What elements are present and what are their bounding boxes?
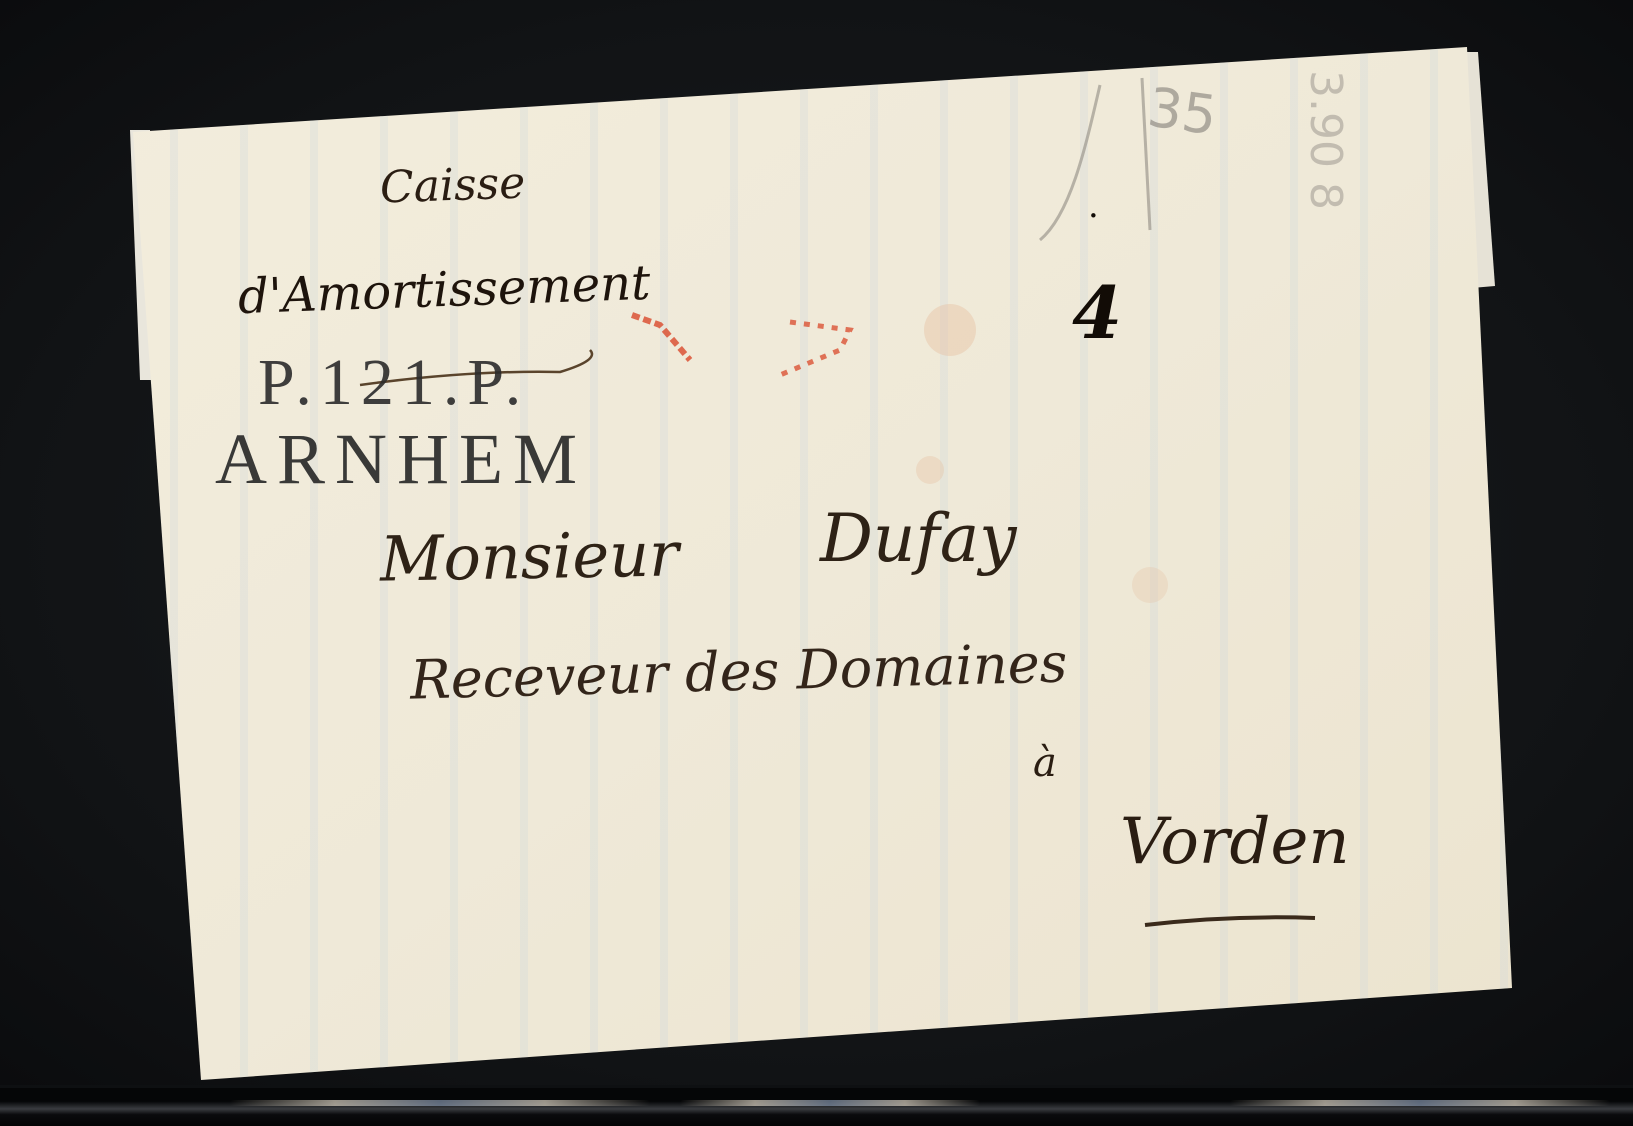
rate-figure: 4 bbox=[1072, 270, 1122, 355]
folded-letter: Caisse d'Amortissement P.121.P. ARNHEM M… bbox=[0, 0, 1633, 1126]
address-preposition: à bbox=[1033, 740, 1057, 786]
sender-note-line1: Caisse bbox=[379, 157, 526, 213]
pencil-rate: 35 bbox=[1144, 76, 1221, 148]
address-name: Dufay bbox=[820, 500, 1017, 577]
pencil-note: 3.90 8 bbox=[1300, 70, 1351, 210]
rate-dot: · bbox=[1088, 196, 1099, 236]
address-town: Vorden bbox=[1120, 805, 1350, 879]
address-title: Monsieur bbox=[379, 517, 679, 595]
postmark-number: P.121.P. bbox=[258, 345, 529, 421]
letter-paper bbox=[0, 0, 1633, 1126]
postmark-town: ARNHEM bbox=[215, 418, 587, 501]
